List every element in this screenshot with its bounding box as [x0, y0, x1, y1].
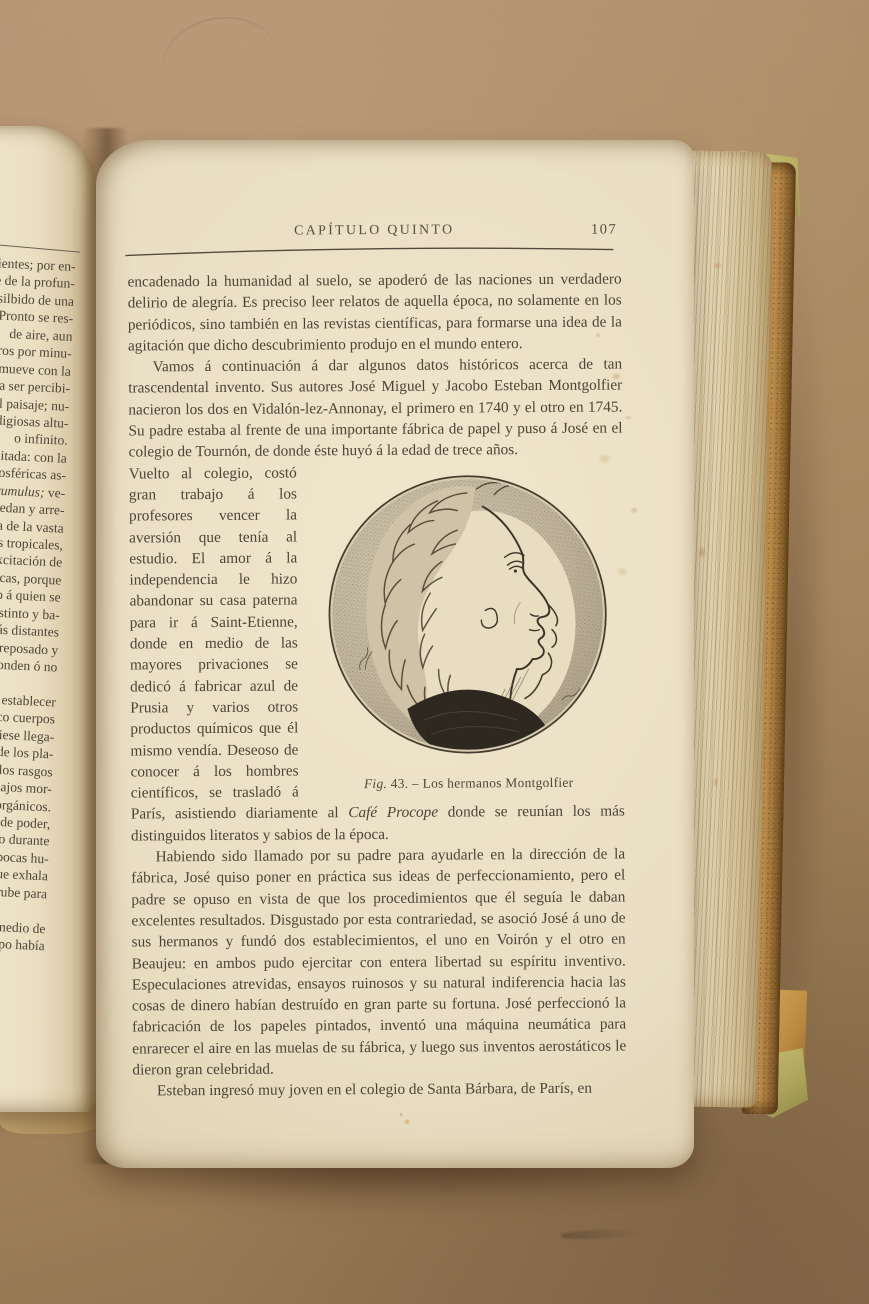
paragraph: Esteban ingresó muy joven en el colegio … — [132, 1078, 626, 1102]
figure-label: Fig. — [364, 776, 387, 791]
figure-montgolfier-medallion: Fig. 43. – Los hermanos Montgolfier — [311, 466, 625, 792]
figure-caption-text: 43. – Los hermanos Montgolfier — [387, 774, 573, 790]
running-head: CAPÍTULO QUINTO 107 — [127, 220, 621, 245]
figure-caption: Fig. 43. – Los hermanos Montgolfier — [313, 774, 625, 792]
montgolfier-portrait-engraving — [320, 466, 616, 762]
chapter-title: CAPÍTULO QUINTO — [294, 222, 454, 238]
right-page: CAPÍTULO QUINTO 107 encadenado la humani… — [96, 140, 694, 1168]
paragraph: encadenado la humanidad al suelo, se apo… — [128, 268, 623, 356]
right-page-content: CAPÍTULO QUINTO 107 encadenado la humani… — [127, 220, 627, 1129]
left-page-header-rule — [0, 244, 80, 252]
header-rule — [123, 245, 615, 258]
paragraph-italic-text: Café Procope — [348, 804, 438, 822]
page-number: 107 — [591, 222, 617, 239]
book-photo-scene: ientes; por en-e de la profun-silbido de… — [0, 0, 869, 1304]
paragraph: Vamos á continuación á dar algunos datos… — [128, 354, 623, 464]
left-page-lines: ientes; por en-e de la profun-silbido de… — [0, 253, 76, 955]
paragraph: Habiendo sido llamado por su padre para … — [131, 844, 626, 1081]
